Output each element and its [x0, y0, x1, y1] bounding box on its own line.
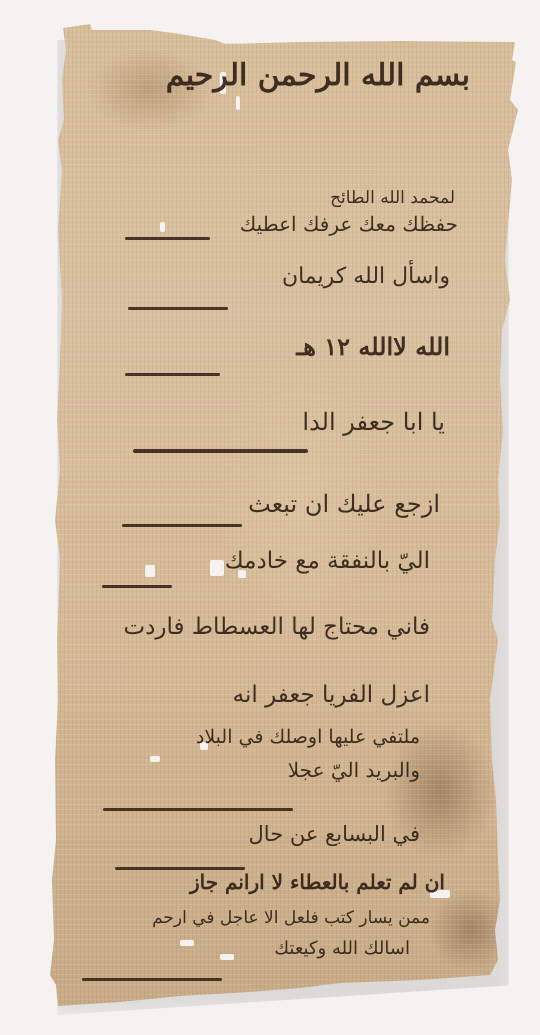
ink-underline	[102, 585, 172, 588]
text-line: لمحمد الله الطائح	[330, 188, 455, 208]
papyrus-hole	[160, 222, 165, 232]
text-line: فاني محتاج لها العسطاط فاردت	[123, 614, 430, 640]
ink-underline	[128, 307, 228, 310]
ink-underline	[122, 524, 242, 527]
text-line: في البسابع عن حال	[249, 822, 420, 846]
text-line: ملتفي عليها اوصلك في البلاد	[196, 726, 420, 748]
ink-underline	[133, 449, 308, 453]
papyrus-hole	[210, 560, 224, 576]
text-line: ان لم تعلم بالعطاء لا ارانم جاز	[190, 870, 445, 894]
papyrus-hole	[145, 565, 155, 577]
text-line: والبريد اليّ عجلا	[288, 758, 420, 782]
text-line: يا ابا جعفر الدا	[302, 408, 445, 436]
text-line: اسالك الله وكيعتك	[274, 938, 410, 959]
text-line: ممن يسار كتب فلعل الا عاجل في ارحم	[152, 908, 430, 928]
text-line: واسأل الله كريمان	[282, 264, 450, 289]
text-line: الله لاالله ١٢ هـ	[296, 332, 450, 361]
papyrus-hole	[236, 96, 240, 110]
text-line: ازجع عليك ان تبعث	[248, 490, 440, 518]
basmala-line: بسم الله الرحمن الرحيم	[166, 58, 470, 93]
ink-underline	[82, 978, 222, 981]
ink-underline	[103, 808, 293, 811]
text-line: اعزل الفريا جعفر انه	[233, 682, 430, 708]
ink-underline	[125, 373, 220, 376]
ink-underline	[125, 237, 210, 240]
papyrus-sheet: بسم الله الرحمن الرحيم لمحمد الله الطائح…	[0, 0, 540, 1035]
text-line: حفظك معك عرفك اعطيك	[240, 212, 458, 236]
papyrus-hole	[150, 756, 160, 762]
papyrus-hole	[220, 954, 234, 960]
text-line: اليّ بالنفقة مع خادمك	[225, 548, 430, 574]
papyrus-hole	[180, 940, 194, 946]
